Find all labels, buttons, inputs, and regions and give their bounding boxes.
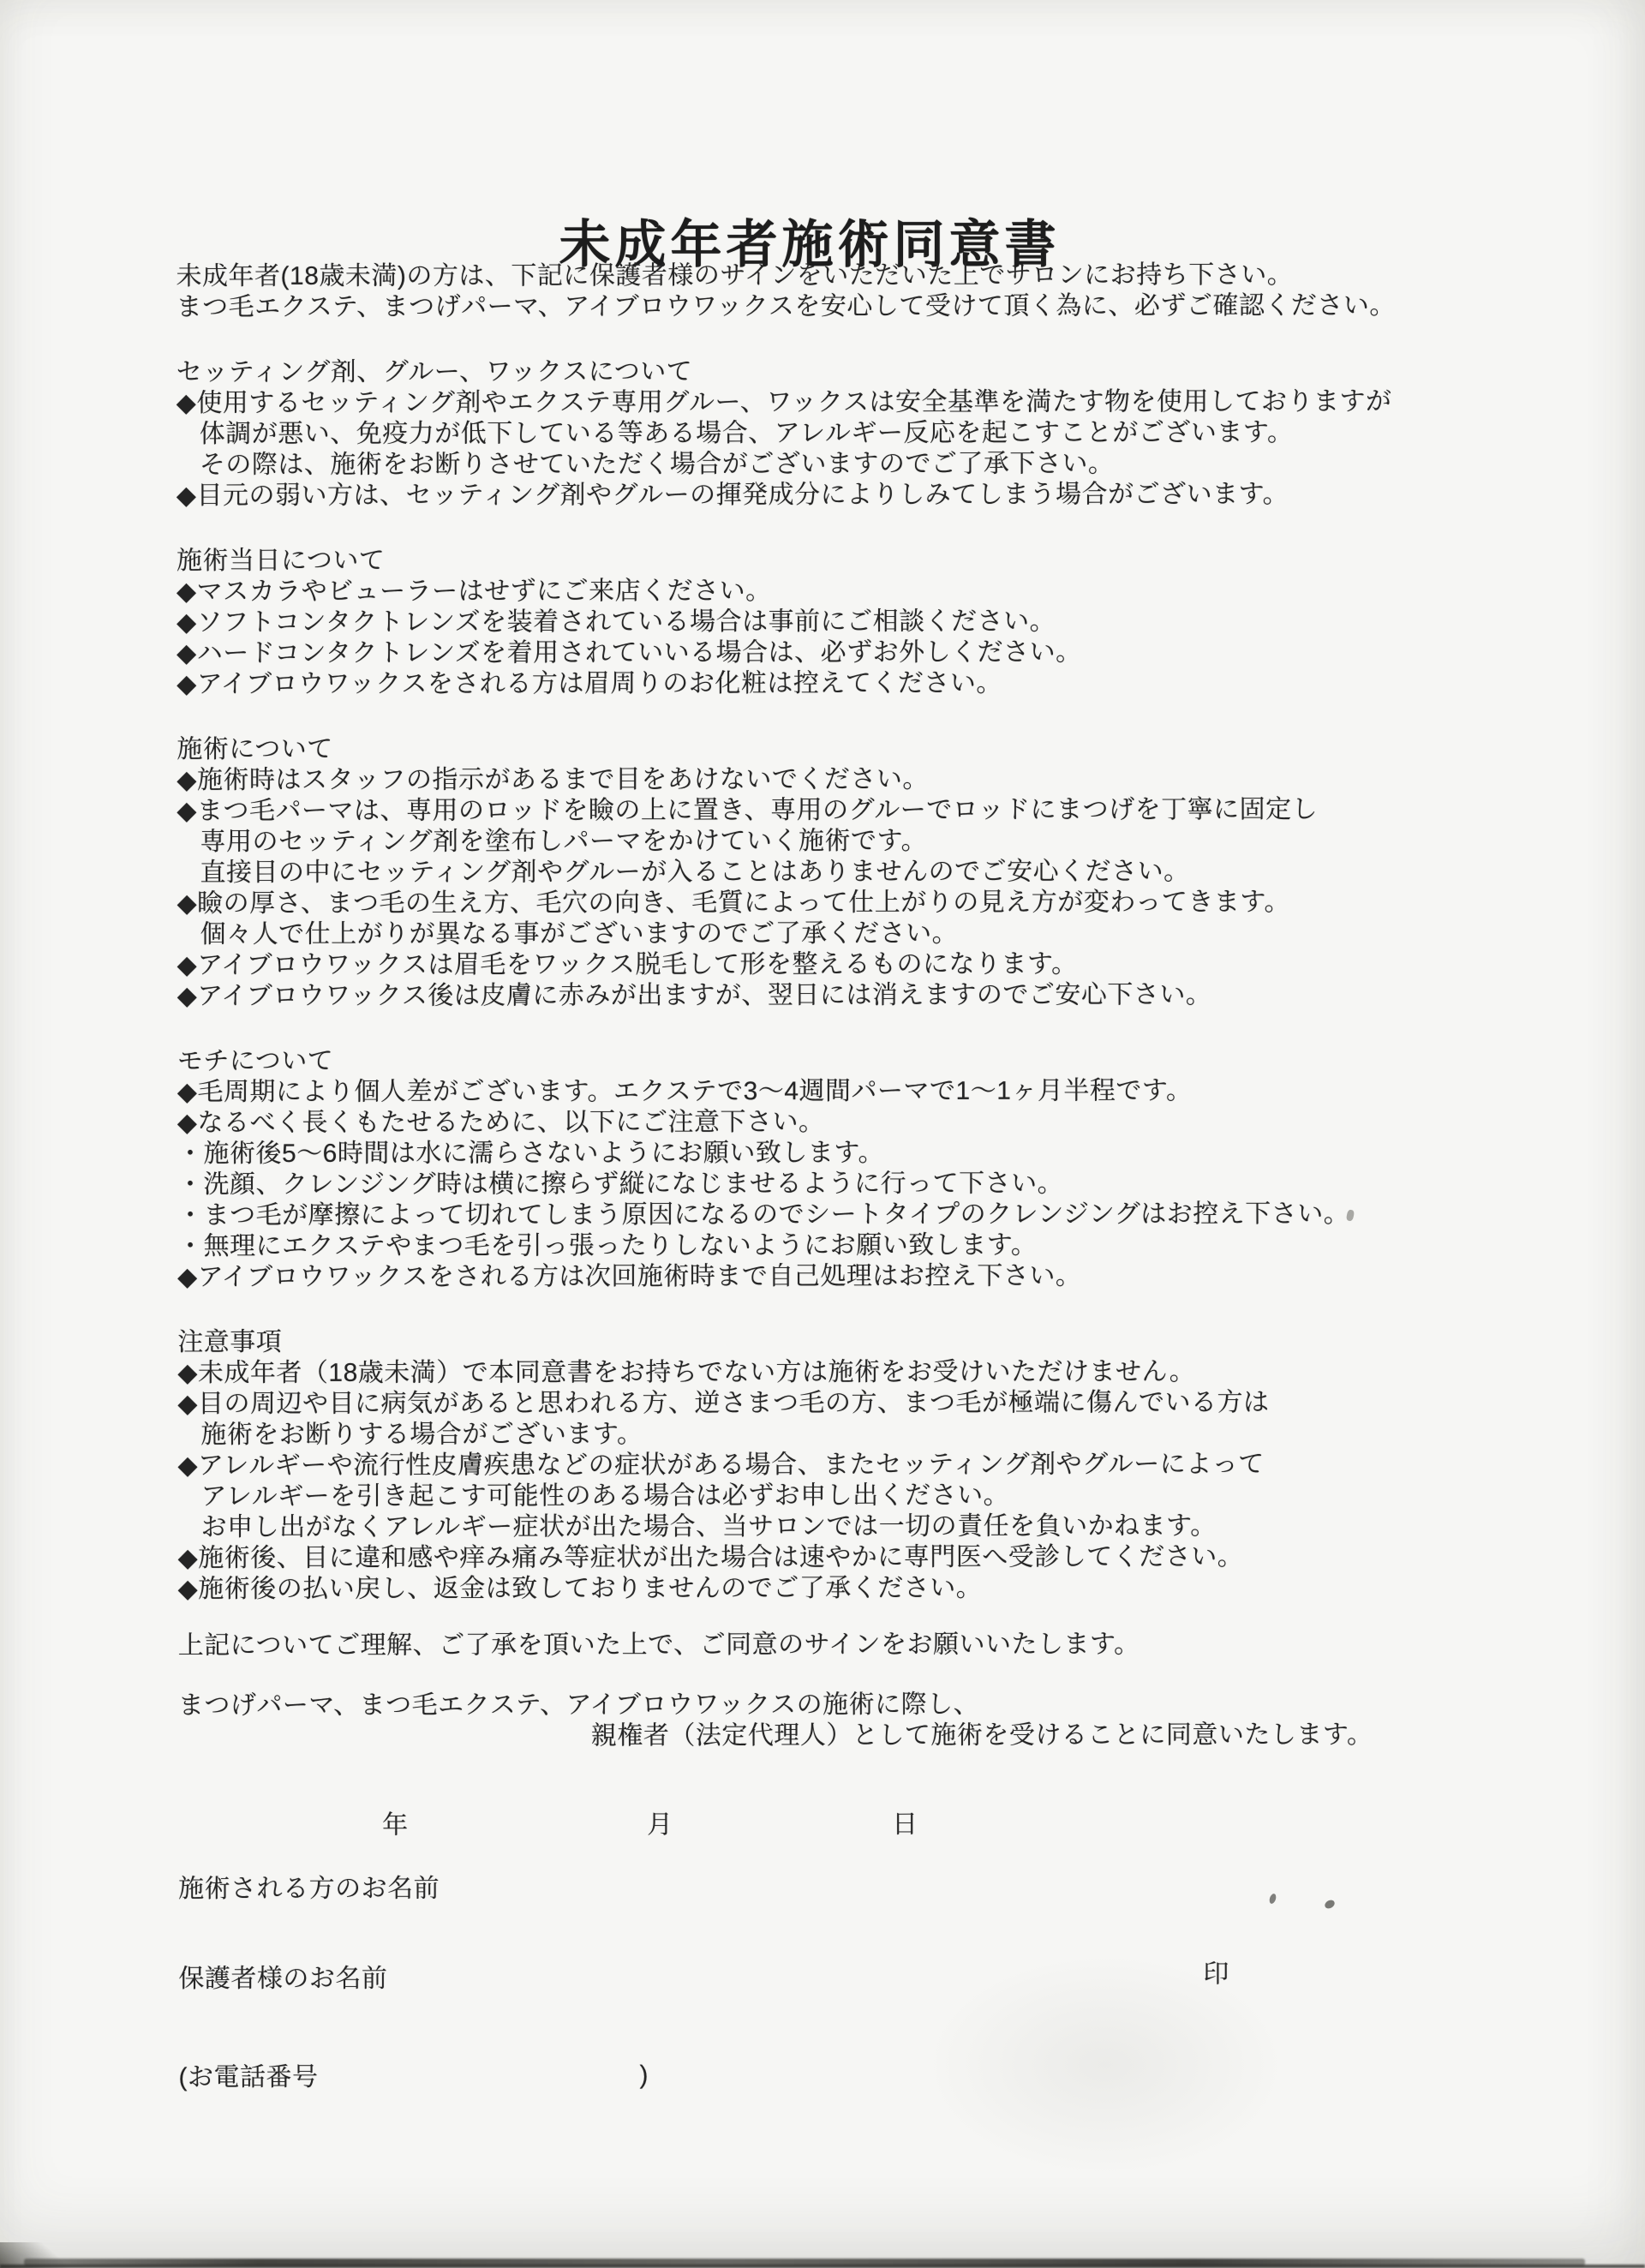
doc-line: ◆使用するセッティング剤やエクステ専用グルー、ワックスは安全基準を満たす物を使用…	[176, 386, 1550, 419]
section: 施術当日について◆マスカラやビューラーはせずにご来店ください。◆ソフトコンタクト…	[176, 544, 1550, 700]
doc-line: ◆目の周辺や目に病気があると思われる方、逆さまつ毛の方、まつ毛が極端に傷んでいる…	[177, 1387, 1551, 1420]
consent-line: 親権者（法定代理人）として施術を受けることに同意いたします。	[178, 1720, 1552, 1752]
section-heading: 注意事項	[177, 1325, 1551, 1358]
doc-line: ・まつ毛が摩擦によって切れてしまう原因になるのでシートタイプのクレンジングはお控…	[177, 1199, 1551, 1231]
intro-line: 未成年者(18歳未満)の方は、下記に保護者様のサインをいただいた上でサロンにお持…	[176, 260, 1550, 292]
doc-line: ◆アイブロウワックスをされる方は次回施術時まで自己処理はお控え下さい。	[177, 1260, 1551, 1293]
section: セッティング剤、グルー、ワックスについて◆使用するセッティング剤やエクステ専用グ…	[176, 356, 1550, 512]
phone-paren-close: )	[639, 2060, 649, 2091]
date-row: 年 月 日	[178, 1809, 1552, 1841]
doc-line: 体調が悪い、免疫力が低下している等ある場合、アレルギー反応を起こすことがございま…	[176, 417, 1550, 450]
doc-line: 直接目の中にセッティング剤やグルーが入ることはありませんのでご安心ください。	[176, 856, 1550, 889]
doc-body: 未成年者(18歳未満)の方は、下記に保護者様のサインをいただいた上でサロンにお持…	[176, 260, 1552, 2093]
doc-line: ◆アレルギーや流行性皮膚疾患などの症状がある場合、またセッティング剤やグルーによ…	[177, 1449, 1551, 1481]
scan-bottom-edge-line	[0, 2265, 1645, 2268]
section-heading: 施術について	[176, 733, 1550, 765]
section-heading: セッティング剤、グルー、ワックスについて	[176, 356, 1550, 388]
doc-line: その際は、施術をお断りさせていただく場合がございますのでご了承下さい。	[176, 448, 1550, 481]
doc-line: ◆マスカラやビューラーはせずにご来店ください。	[176, 575, 1550, 607]
consent-line: まつげパーマ、まつ毛エクステ、アイブロウワックスの施術に際し、	[178, 1689, 1552, 1721]
guardian-name-field: 保護者様のお名前 印	[178, 1962, 1552, 1995]
doc-line: ◆アイブロウワックスは眉毛をワックス脱毛して形を整えるものになります。	[177, 948, 1551, 981]
doc-line: ・無理にエクステやまつ毛を引っ張ったりしないようにお願い致します。	[177, 1230, 1551, 1262]
doc-line: ◆施術時はスタッフの指示があるまで目をあけないでください。	[176, 763, 1550, 796]
scanned-consent-form-page: 未成年者施術同意書 未成年者(18歳未満)の方は、下記に保護者様のサインをいただ…	[0, 0, 1645, 2268]
doc-line: ◆なるべく長くもたせるために、以下にご注意下さい。	[177, 1106, 1551, 1139]
doc-line: ◆毛周期により個人差がございます。エクステで3～4週間パーマで1～1ヶ月半程です…	[177, 1075, 1551, 1108]
doc-line: ◆施術後、目に違和感や痒み痛み等症状が出た場合は速やかに専門医へ受診してください…	[178, 1541, 1552, 1574]
doc-line: アレルギーを引き起こす可能性のある場合は必ずお申し出ください。	[177, 1480, 1551, 1512]
doc-line: ◆施術後の払い戻し、返金は致しておりませんのでご了承ください。	[178, 1572, 1552, 1605]
scan-bottom-edge-band	[24, 2259, 1585, 2266]
doc-line: 個々人で仕上がりが異なる事がございますのでご了承ください。	[177, 918, 1551, 950]
doc-line: ・洗顔、クレンジング時は横に擦らず縦になじませるように行って下さい。	[177, 1168, 1551, 1200]
date-label-year: 年	[382, 1810, 409, 1841]
consent-statement: まつげパーマ、まつ毛エクステ、アイブロウワックスの施術に際し、 親権者（法定代理…	[178, 1689, 1552, 1752]
sections: セッティング剤、グルー、ワックスについて◆使用するセッティング剤やエクステ専用グ…	[176, 356, 1552, 1605]
doc-line: ◆ソフトコンタクトレンズを装着されている場合は事前にご相談ください。	[176, 606, 1550, 638]
doc-line: ・施術後5～6時間は水に濡らさないようにお願い致します。	[177, 1137, 1551, 1170]
section: モチについて◆毛周期により個人差がございます。エクステで3～4週間パーマで1～1…	[177, 1044, 1551, 1293]
intro-line: まつ毛エクステ、まつげパーマ、アイブロウワックスを安心して受けて頂く為に、必ずご…	[176, 290, 1550, 323]
patient-name-field: 施術される方のお名前	[178, 1872, 1552, 1905]
doc-line: ◆アイブロウワックスをされる方は眉周りのお化粧は控えてください。	[176, 667, 1550, 700]
phone-label: (お電話番号	[178, 2063, 318, 2091]
section-heading: 施術当日について	[176, 544, 1550, 577]
seal-label: 印	[1203, 1959, 1229, 1990]
phone-field: (お電話番号 )	[178, 2061, 1552, 2093]
date-label-day: 日	[892, 1810, 918, 1840]
section: 注意事項◆未成年者（18歳未満）で本同意書をお持ちでない方は施術をお受けいただけ…	[177, 1325, 1551, 1605]
scan-corner-shadow	[0, 2242, 73, 2268]
intro-paragraph: 未成年者(18歳未満)の方は、下記に保護者様のサインをいただいた上でサロンにお持…	[176, 260, 1550, 323]
patient-name-label: 施術される方のお名前	[178, 1875, 440, 1903]
doc-line: 専用のセッティング剤を塗布しパーマをかけていく施術です。	[176, 825, 1550, 858]
date-label-month: 月	[647, 1810, 673, 1840]
doc-line: ◆アイブロウワックス後は皮膚に赤みが出ますが、翌日には消えますのでご安心下さい。	[177, 979, 1551, 1012]
section: 施術について◆施術時はスタッフの指示があるまで目をあけないでください。◆まつ毛パ…	[176, 733, 1550, 1012]
doc-line: 施術をお断りする場合がございます。	[177, 1418, 1551, 1451]
doc-line: ◆瞼の厚さ、まつ毛の生え方、毛穴の向き、毛質によって仕上がりの見え方が変わってき…	[177, 887, 1551, 919]
section-heading: モチについて	[177, 1044, 1551, 1077]
doc-line: ◆目元の弱い方は、セッティング剤やグルーの揮発成分によりしみてしまう場合がござい…	[176, 479, 1550, 512]
guardian-name-label: 保護者様のお名前	[178, 1965, 387, 1993]
doc-line: お申し出がなくアレルギー症状が出た場合、当サロンでは一切の責任を負いかねます。	[178, 1511, 1552, 1543]
doc-line: ◆まつ毛パーマは、専用のロッドを瞼の上に置き、専用のグルーでロッドにまつげを丁寧…	[176, 794, 1550, 827]
doc-line: ◆ハードコンタクトレンズを着用されていいる場合は、必ずお外しください。	[176, 637, 1550, 669]
doc-line: ◆未成年者（18歳未満）で本同意書をお持ちでない方は施術をお受けいただけません。	[177, 1356, 1551, 1389]
closing-line: 上記についてご理解、ご了承を頂いた上で、ご同意のサインをお願いいたします。	[178, 1629, 1552, 1661]
